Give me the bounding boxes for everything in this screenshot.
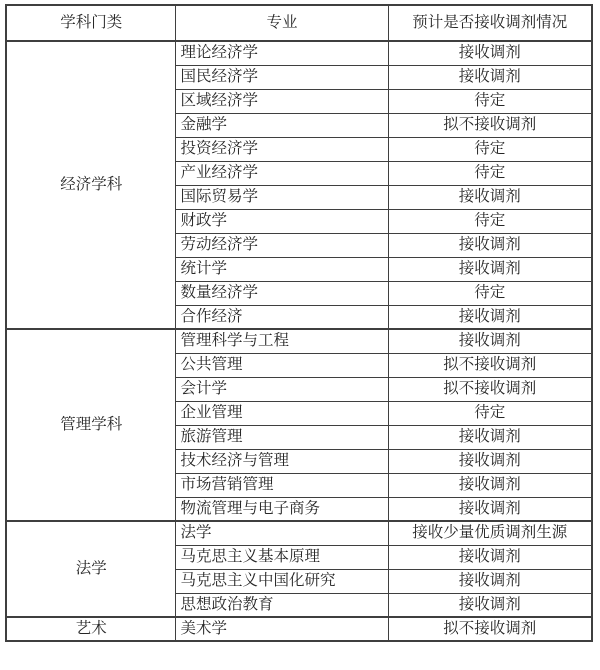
status-cell: 接收调剂	[388, 473, 592, 497]
major-cell: 国际贸易学	[176, 185, 388, 209]
status-cell: 待定	[388, 89, 592, 113]
adjustment-table: 学科门类 专业 预计是否接收调剂情况 经济学科理论经济学接收调剂国民经济学接收调…	[5, 4, 593, 642]
category-cell: 艺术	[6, 617, 176, 641]
major-cell: 区域经济学	[176, 89, 388, 113]
status-cell: 接收调剂	[388, 185, 592, 209]
status-cell: 接收调剂	[388, 497, 592, 521]
status-cell: 接收调剂	[388, 593, 592, 617]
major-cell: 金融学	[176, 113, 388, 137]
major-cell: 市场营销管理	[176, 473, 388, 497]
major-cell: 企业管理	[176, 401, 388, 425]
status-cell: 接收少量优质调剂生源	[388, 521, 592, 545]
table-row: 管理学科管理科学与工程接收调剂	[6, 329, 592, 353]
status-cell: 接收调剂	[388, 425, 592, 449]
major-cell: 法学	[176, 521, 388, 545]
status-cell: 拟不接收调剂	[388, 617, 592, 641]
status-cell: 待定	[388, 161, 592, 185]
major-cell: 数量经济学	[176, 281, 388, 305]
status-cell: 待定	[388, 137, 592, 161]
major-cell: 管理科学与工程	[176, 329, 388, 353]
major-cell: 马克思主义中国化研究	[176, 569, 388, 593]
table-row: 经济学科理论经济学接收调剂	[6, 41, 592, 65]
table-row: 法学法学接收少量优质调剂生源	[6, 521, 592, 545]
status-cell: 接收调剂	[388, 449, 592, 473]
status-cell: 接收调剂	[388, 65, 592, 89]
status-cell: 接收调剂	[388, 41, 592, 65]
major-cell: 马克思主义基本原理	[176, 545, 388, 569]
major-cell: 劳动经济学	[176, 233, 388, 257]
major-cell: 公共管理	[176, 353, 388, 377]
major-cell: 物流管理与电子商务	[176, 497, 388, 521]
status-cell: 待定	[388, 281, 592, 305]
major-cell: 国民经济学	[176, 65, 388, 89]
major-cell: 旅游管理	[176, 425, 388, 449]
status-cell: 接收调剂	[388, 305, 592, 329]
major-cell: 合作经济	[176, 305, 388, 329]
header-category: 学科门类	[6, 5, 176, 41]
major-cell: 技术经济与管理	[176, 449, 388, 473]
status-cell: 待定	[388, 401, 592, 425]
category-cell: 管理学科	[6, 329, 176, 521]
table-header: 学科门类 专业 预计是否接收调剂情况	[6, 5, 592, 41]
major-cell: 会计学	[176, 377, 388, 401]
status-cell: 接收调剂	[388, 569, 592, 593]
status-cell: 接收调剂	[388, 233, 592, 257]
major-cell: 财政学	[176, 209, 388, 233]
header-status: 预计是否接收调剂情况	[388, 5, 592, 41]
status-cell: 拟不接收调剂	[388, 377, 592, 401]
status-cell: 待定	[388, 209, 592, 233]
major-cell: 统计学	[176, 257, 388, 281]
page: 学科门类 专业 预计是否接收调剂情况 经济学科理论经济学接收调剂国民经济学接收调…	[0, 0, 600, 670]
major-cell: 投资经济学	[176, 137, 388, 161]
header-row: 学科门类 专业 预计是否接收调剂情况	[6, 5, 592, 41]
major-cell: 理论经济学	[176, 41, 388, 65]
status-cell: 接收调剂	[388, 545, 592, 569]
major-cell: 美术学	[176, 617, 388, 641]
header-major: 专业	[176, 5, 388, 41]
status-cell: 接收调剂	[388, 329, 592, 353]
table-body: 经济学科理论经济学接收调剂国民经济学接收调剂区域经济学待定金融学拟不接收调剂投资…	[6, 41, 592, 641]
category-cell: 经济学科	[6, 41, 176, 329]
status-cell: 拟不接收调剂	[388, 353, 592, 377]
table-row: 艺术美术学拟不接收调剂	[6, 617, 592, 641]
major-cell: 思想政治教育	[176, 593, 388, 617]
status-cell: 接收调剂	[388, 257, 592, 281]
category-cell: 法学	[6, 521, 176, 617]
major-cell: 产业经济学	[176, 161, 388, 185]
status-cell: 拟不接收调剂	[388, 113, 592, 137]
